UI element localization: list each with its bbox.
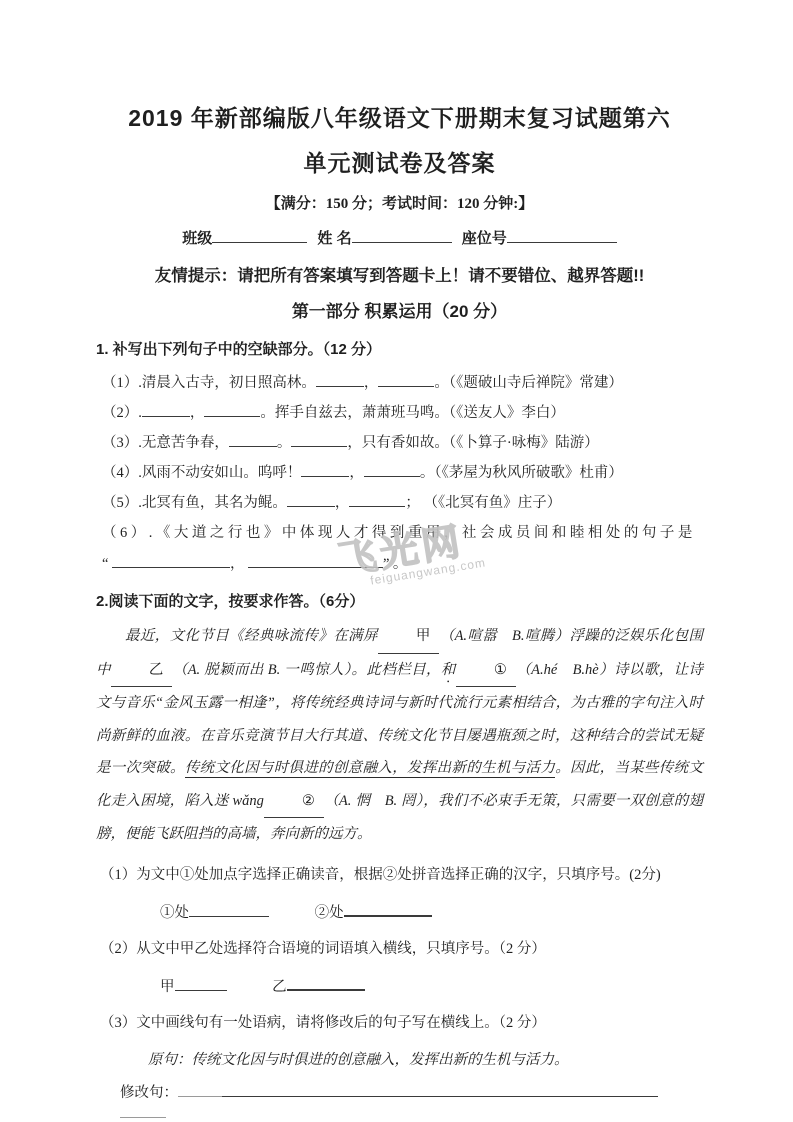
title-line2: 单元测试卷及答案 [304,150,496,176]
q1-item6-line2: “，”。 [102,549,703,580]
q1-item: （1）.清晨入古寺，初日照高林。，。（《题破山寺后禅院》常建） [102,368,703,398]
answer-blank-line [349,491,405,507]
answer-blank-line [222,1081,658,1097]
yi-label: 乙 [272,979,287,995]
answer-blank-line [112,552,230,568]
quote-close: ”。 [383,556,411,572]
seat-label: 座位号 [462,230,507,247]
class-blank-line [212,227,307,243]
blank2-label: ②处 [315,905,344,921]
item-pre-text: （4）.风雨不动安如山。呜呼！ [102,465,301,481]
item-post-text: 。（《茅屋为秋风所破歌》杜甫） [420,465,623,481]
item-mid-text: ， [335,495,350,511]
q1-item6-line1: （6）.《大道之行也》中体现人才得到重用，社会成员间和睦相处的句子是 [102,518,703,549]
item-pre-text: （1）.清晨入古寺，初日照高林。 [102,375,316,391]
answer-blank-line [178,1081,222,1097]
q1-stem: 1. 补写出下列句子中的空缺部分。（12 分） [96,338,703,359]
section-title: 第一部分 积累运用（20 分） [96,297,703,322]
q2-sub2-stem: （2）从文中甲乙处选择符合语境的词语填入横线，只填序号。（2 分） [100,934,703,964]
answer-blank-line [189,901,269,917]
q2-sub1-stem: （1）为文中①处加点字选择正确读音，根据②处拼音选择正确的汉字，只填序号。(2分… [100,860,703,890]
answer-blank-line [287,491,335,507]
quote-open: “ [102,556,112,572]
answer-blank-line [301,461,349,477]
answer-blank-line [120,1102,166,1118]
q2-sub3-revised-line: 修改句： [120,1081,703,1122]
paragraph-text: 最近，文化节目《经典咏流传》在满屏 [125,628,378,644]
exam-info: 【满分：150 分；考试时间：120 分钟:】 [96,192,703,213]
item-pre-text: （3）.无意苦争春， [102,435,229,451]
answer-blank-line [344,900,432,917]
inline-answer-blank: ② [264,785,324,819]
q2-paragraph: 最近，文化节目《经典咏流传》在满屏甲（A.喧嚣 B.喧腾）浮躁的泛娱乐化包围中乙… [96,620,703,851]
name-label: 姓 名 [317,230,351,247]
paragraph-text: （A. 脱颖而出 B. 一鸣惊人）。此档栏目， [172,662,441,678]
student-info-row: 班级 姓 名 座位号 [96,227,703,248]
q1-item: （3）.无意苦争春，。，只有香如故。（《卜算子·咏梅》陆游） [102,428,703,458]
comma: ， [230,556,248,572]
item-post-text: 。（《题破山寺后禅院》常建） [434,375,623,391]
answer-blank-line [175,975,227,991]
dotted-character: 和 [441,662,456,678]
answer-blank-line [142,401,190,417]
q1-item: （2）.，。挥手自兹去，萧萧班马鸣。（《送友人》李白） [102,398,703,428]
underlined-sentence: 传统文化因与时俱进的创意融入，发挥出新的生机与活力 [185,760,555,778]
item-mid-text: ， [364,375,379,391]
name-blank-line [352,227,452,243]
revised-label: 修改句： [120,1085,178,1101]
seat-blank-line [507,227,617,243]
q1-item: （4）.风雨不动安如山。呜呼！，。（《茅屋为秋风所破歌》杜甫） [102,458,703,488]
inline-answer-blank: 乙 [111,654,173,688]
q2-sub3-original-sentence: 原句：传统文化因与时俱进的创意融入，发挥出新的生机与活力。 [148,1048,703,1069]
item-mid-text: ， [190,405,205,421]
notice-text: 友情提示：请把所有答案填写到答题卡上！请不要错位、越界答题!! [96,262,703,286]
paragraph-text: （A.hé B.hè）诗以歌，让诗文与音乐“金风玉露一相逢”，将传统经典诗词与新… [96,662,703,777]
document-page: 飞光网 feiguangwang.com 2019 年新部编版八年级语文下册期末… [0,0,793,1122]
answer-blank-line [364,461,420,477]
blank1-label: ①处 [160,905,189,921]
inline-answer-blank: ① [456,654,516,688]
item-post-text: 。挥手自兹去，萧萧班马鸣。（《送友人》李白） [260,405,565,421]
item-post-text: ； （《北冥有鱼》庄子） [405,495,561,511]
item-pre-text: （5）.北冥有鱼，其名为鲲。 [102,495,287,511]
q1-items: （1）.清晨入古寺，初日照高林。，。（《题破山寺后禅院》常建）（2）.，。挥手自… [96,368,703,518]
q2-sub1-answer-line: ①处 ②处 [160,900,703,922]
item-mid-text: ， [349,465,364,481]
q2-sub2-answer-line: 甲 乙 [160,974,703,996]
answer-blank-line [378,371,434,387]
item-post-text: ，只有香如故。（《卜算子·咏梅》陆游） [347,435,598,451]
q1-item: （5）.北冥有鱼，其名为鲲。，； （《北冥有鱼》庄子） [102,488,703,518]
item-mid-text: 。 [277,435,292,451]
answer-blank-line [287,974,365,991]
answer-blank-line [204,401,260,417]
answer-blank-line [291,431,347,447]
class-label: 班级 [182,230,212,247]
document-title: 2019 年新部编版八年级语文下册期末复习试题第六单元测试卷及答案 [96,96,703,186]
answer-blank-line [229,431,277,447]
q2-stem: 2.阅读下面的文字，按要求作答。（6分） [96,590,703,611]
answer-blank-line [316,371,364,387]
answer-blank-line [248,552,383,568]
q2-sub3-stem: （3）文中画线句有一处语病，请将修改后的句子写在横线上。（2 分） [100,1008,703,1038]
title-line1: 2019 年新部编版八年级语文下册期末复习试题第六 [128,105,671,131]
jia-label: 甲 [160,979,175,995]
item-pre-text: （2）. [102,405,142,421]
inline-answer-blank: 甲 [378,620,440,654]
